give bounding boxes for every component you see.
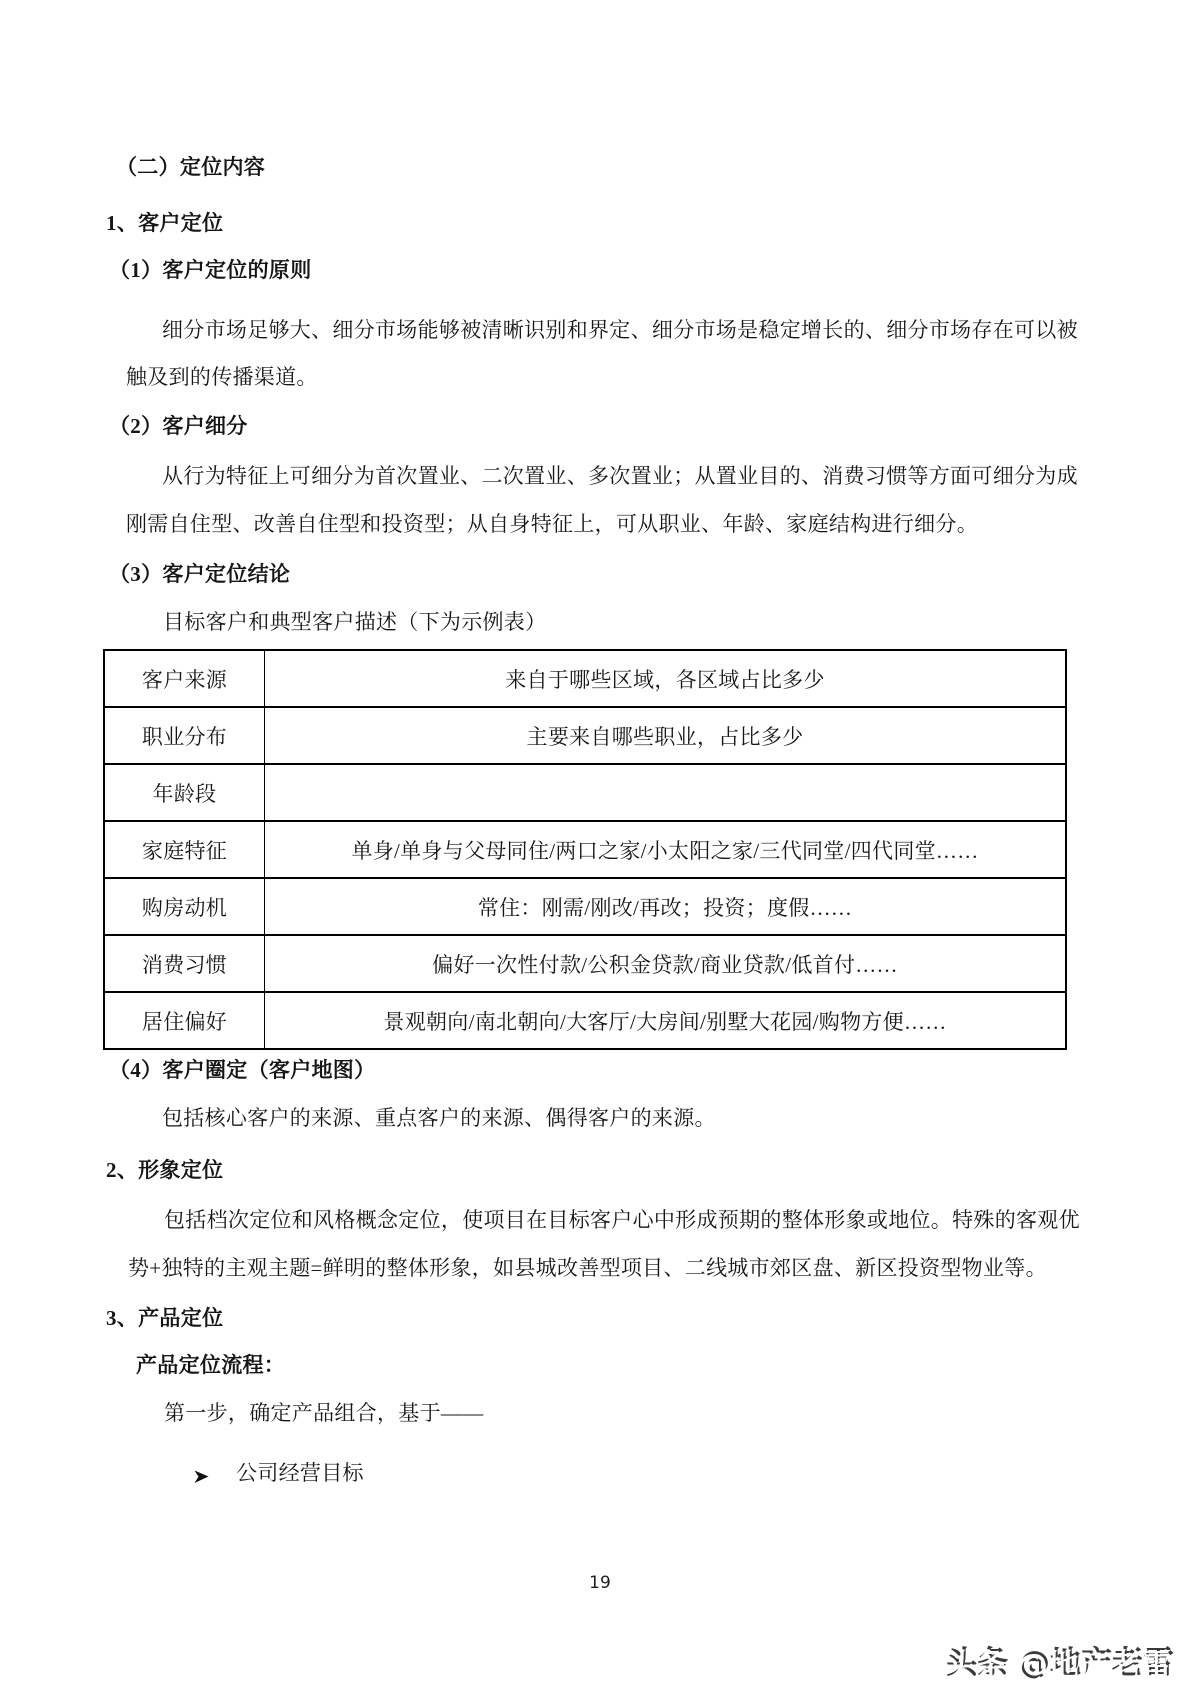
heading-customer-mapping: （4）客户圈定（客户地图）	[109, 1057, 375, 1083]
customer-description-table: 客户来源 来自于哪些区域，各区域占比多少 职业分布 主要来自哪些职业，占比多少 …	[103, 649, 1067, 1050]
row-label: 购房动机	[104, 878, 265, 935]
table-row: 居住偏好 景观朝向/南北朝向/大客厅/大房间/别墅大花园/购物方便……	[104, 992, 1066, 1049]
watermark: 头条 @地产老雷 头条 @地产老雷	[574, 1637, 1174, 1683]
bullet-item-label: 公司经营目标	[236, 1460, 364, 1486]
table-row: 购房动机 常住：刚需/刚改/再改；投资；度假……	[104, 878, 1066, 935]
bullet-item: 公司经营目标	[193, 1460, 364, 1486]
paragraph-line: 细分市场足够大、细分市场能够被清晰识别和界定、细分市场是稳定增长的、细分市场存在…	[162, 317, 1078, 343]
paragraph-line: 势+独特的主观主题=鲜明的整体形象，如县城改善型项目、二线城市郊区盘、新区投资型…	[128, 1255, 1047, 1281]
heading-positioning-conclusion: （3）客户定位结论	[109, 561, 290, 587]
paragraph-line: 刚需自住型、改善自住型和投资型；从自身特征上，可从职业、年龄、家庭结构进行细分。	[126, 511, 978, 537]
heading-customer-segmentation: （2）客户细分	[109, 413, 248, 439]
paragraph-line: 从行为特征上可细分为首次置业、二次置业、多次置业；从置业目的、消费习惯等方面可细…	[162, 463, 1078, 489]
document-page: （二）定位内容 1、客户定位 （1）客户定位的原则 细分市场足够大、细分市场能够…	[0, 0, 1200, 1697]
row-label: 家庭特征	[104, 821, 265, 878]
row-value: 景观朝向/南北朝向/大客厅/大房间/别墅大花园/购物方便……	[265, 992, 1067, 1049]
row-label: 居住偏好	[104, 992, 265, 1049]
row-value: 主要来自哪些职业，占比多少	[265, 707, 1067, 764]
paragraph-line: 第一步，确定产品组合，基于——	[164, 1400, 484, 1426]
section-heading: （二）定位内容	[116, 154, 265, 180]
page-number: 19	[0, 1573, 1200, 1593]
heading-positioning-principles: （1）客户定位的原则	[109, 257, 312, 283]
heading-product-positioning: 3、产品定位	[106, 1305, 223, 1331]
row-label: 职业分布	[104, 707, 265, 764]
table-row: 家庭特征 单身/单身与父母同住/两口之家/小太阳之家/三代同堂/四代同堂……	[104, 821, 1066, 878]
row-value: 来自于哪些区域，各区域占比多少	[265, 650, 1067, 707]
heading-image-positioning: 2、形象定位	[106, 1157, 223, 1183]
row-label: 消费习惯	[104, 935, 265, 992]
row-value: 偏好一次性付款/公积金贷款/商业贷款/低首付……	[265, 935, 1067, 992]
paragraph-line: 包括档次定位和风格概念定位，使项目在目标客户心中形成预期的整体形象或地位。特殊的…	[164, 1207, 1080, 1233]
row-value: 常住：刚需/刚改/再改；投资；度假……	[265, 878, 1067, 935]
paragraph-line: 包括核心客户的来源、重点客户的来源、偶得客户的来源。	[162, 1105, 716, 1131]
arrow-bullet-icon	[193, 1465, 210, 1482]
row-value	[265, 764, 1067, 821]
row-value: 单身/单身与父母同住/两口之家/小太阳之家/三代同堂/四代同堂……	[265, 821, 1067, 878]
table-row: 消费习惯 偏好一次性付款/公积金贷款/商业贷款/低首付……	[104, 935, 1066, 992]
heading-customer-positioning: 1、客户定位	[106, 210, 223, 236]
row-label: 客户来源	[104, 650, 265, 707]
table-intro-line: 目标客户和典型客户描述（下为示例表）	[163, 609, 546, 635]
table-row: 年龄段	[104, 764, 1066, 821]
heading-product-process: 产品定位流程：	[136, 1352, 285, 1378]
paragraph-line: 触及到的传播渠道。	[126, 364, 318, 390]
table-row: 客户来源 来自于哪些区域，各区域占比多少	[104, 650, 1066, 707]
table-row: 职业分布 主要来自哪些职业，占比多少	[104, 707, 1066, 764]
row-label: 年龄段	[104, 764, 265, 821]
watermark-text: 头条 @地产老雷	[944, 1640, 1172, 1685]
